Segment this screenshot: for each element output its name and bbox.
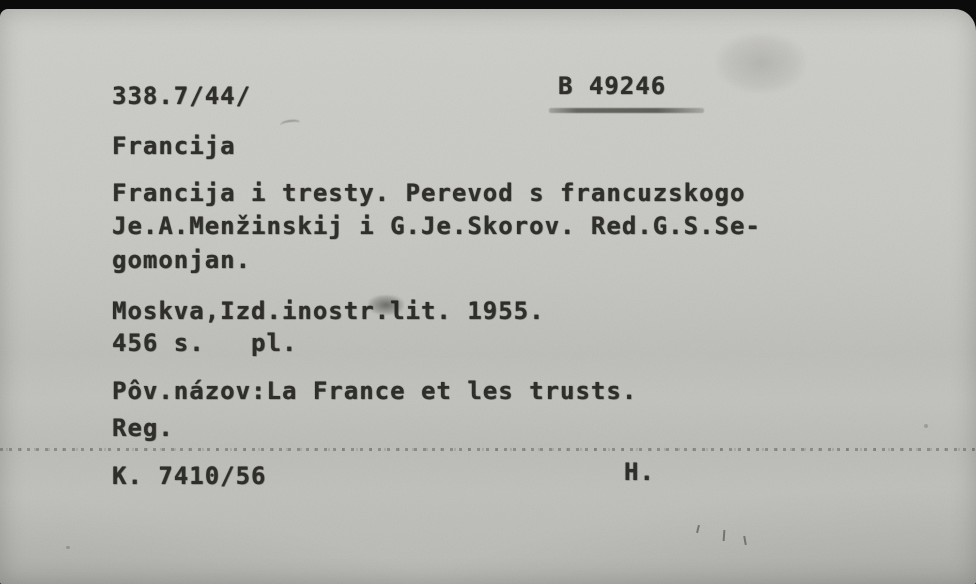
paper-speck (924, 424, 928, 428)
paper-stain (716, 33, 806, 93)
register-note: Reg. (112, 414, 174, 442)
cataloguer-initial: H. (624, 458, 655, 486)
paper-speck (66, 546, 70, 549)
accession-underline (549, 108, 704, 113)
catalog-card: 338.7/44/ B 49246 Francija Francija i tr… (0, 9, 976, 584)
paper-speck (743, 536, 747, 545)
original-title-line: Pôv.názov:La France et les trusts. (112, 377, 637, 405)
pencil-mark (280, 119, 301, 130)
imprint-line: Moskva,Izd.inostr.lit. 1955. (112, 297, 545, 325)
scanned-catalog-card-photo: 338.7/44/ B 49246 Francija Francija i tr… (0, 0, 976, 584)
title-line: Je.A.Menžinskij i G.Je.Skorov. Red.G.S.S… (112, 212, 761, 240)
classification-number: 338.7/44/ (112, 82, 251, 110)
paper-speck (723, 530, 726, 541)
title-line: gomonjan. (112, 246, 251, 274)
subject-heading: Francija (112, 132, 236, 160)
title-line: Francija i tresty. Perevod s francuzskog… (112, 179, 745, 207)
dotted-rule (0, 448, 976, 451)
collation-line: 456 s. pl. (112, 329, 297, 357)
accession-number: B 49246 (558, 72, 666, 100)
record-number: K. 7410/56 (112, 462, 267, 490)
paper-speck (696, 525, 700, 533)
